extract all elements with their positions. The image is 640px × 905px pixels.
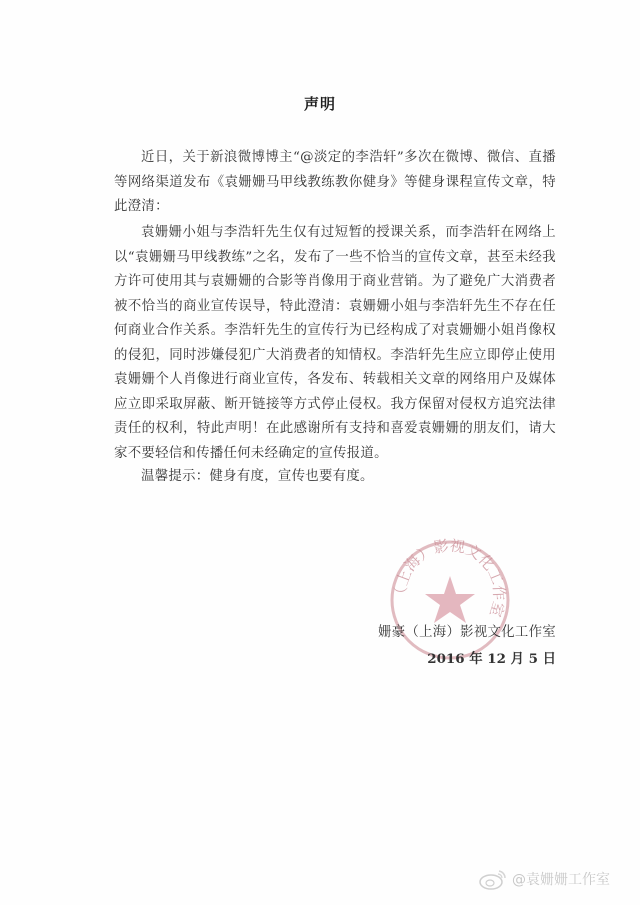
weibo-watermark: @袁姗姗工作室 [478, 868, 610, 890]
watermark-text: @袁姗姗工作室 [512, 869, 610, 889]
paragraph-body: 袁姗姗小姐与李浩轩先生仅有过短暂的授课关系，而李浩轩在网络上以“袁姗姗马甲线教练… [114, 221, 556, 466]
paragraph-tip: 温馨提示：健身有度，宣传也要有度。 [114, 465, 556, 490]
official-seal-icon: （上海）影视文化工作室 [388, 538, 512, 662]
document-page: 声明 近日，关于新浪微博博主“@淡定的李浩轩”多次在微博、微信、直播等网络渠道发… [0, 0, 640, 905]
signature-date: 2016 年 12 月 5 日 [427, 648, 556, 667]
signature-studio: 姗豪（上海）影视文化工作室 [378, 621, 556, 640]
weibo-icon [478, 868, 508, 890]
paragraph-intro: 近日，关于新浪微博博主“@淡定的李浩轩”多次在微博、微信、直播等网络渠道发布《袁… [114, 146, 556, 220]
document-title: 声明 [0, 93, 640, 114]
